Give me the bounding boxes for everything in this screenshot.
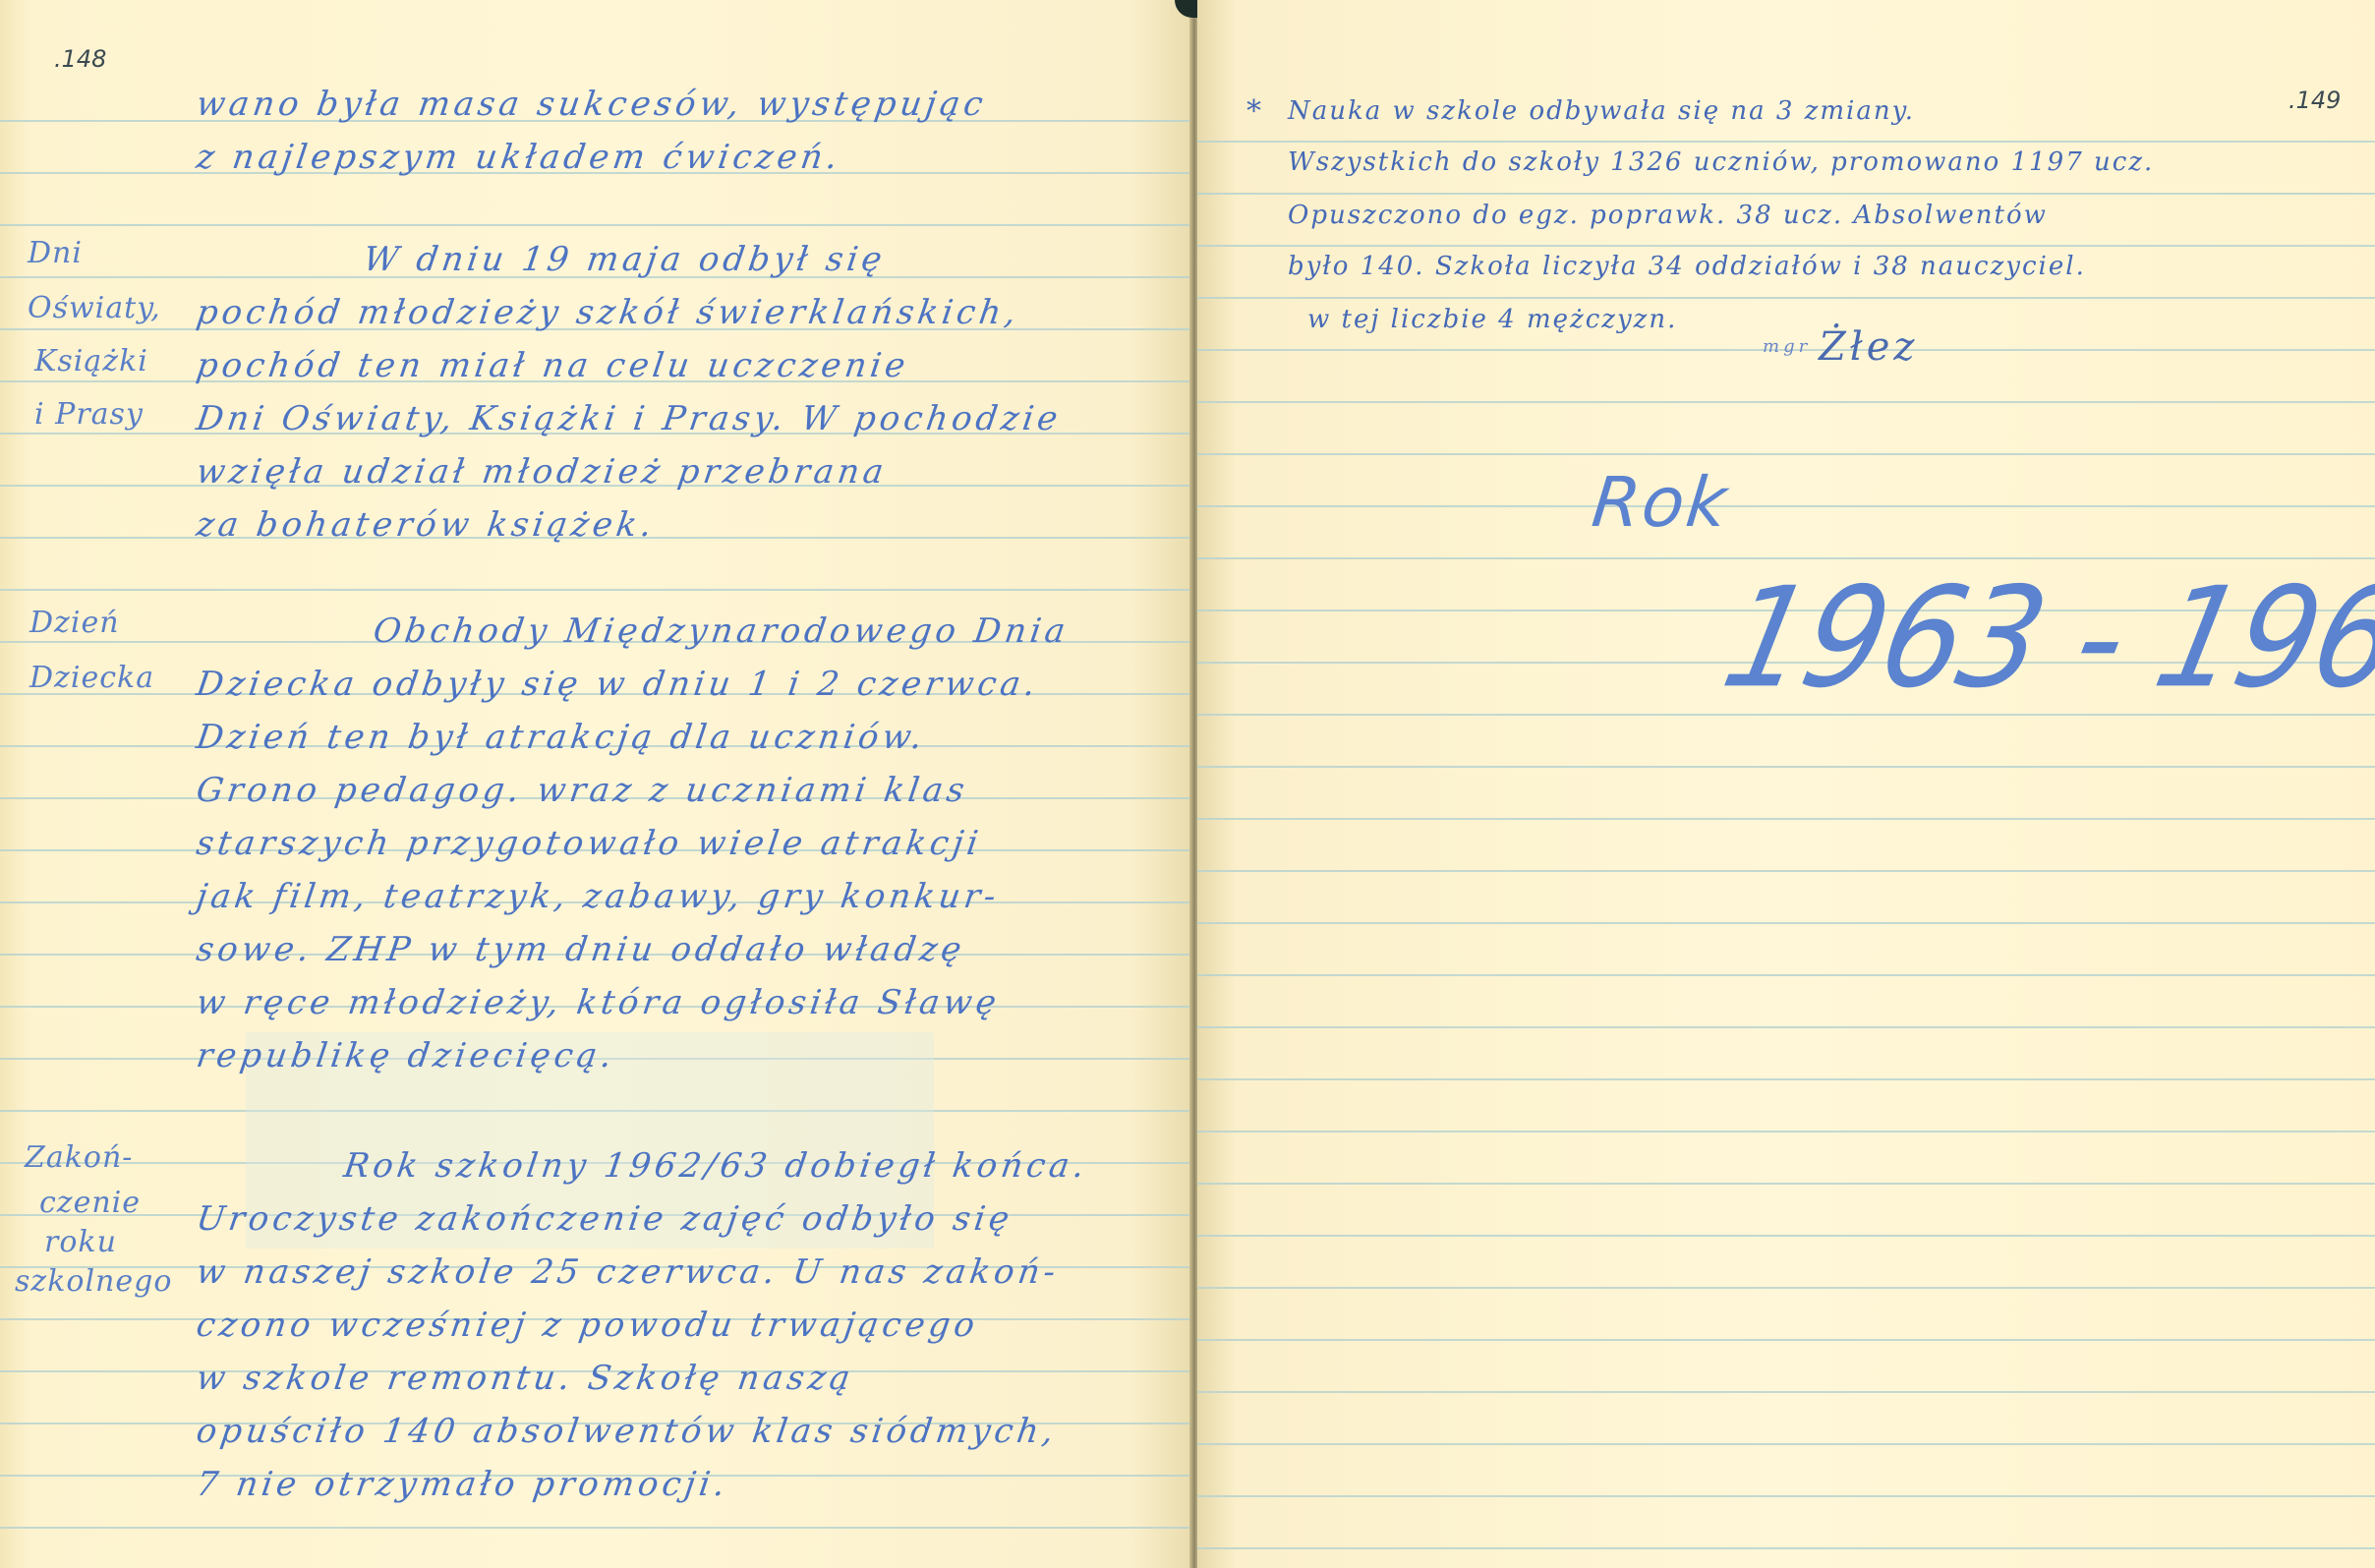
text-line: W dniu 19 maja odbył się: [361, 240, 888, 279]
ruled-line: [1197, 1131, 2375, 1132]
text-line: jak film, teatrzyk, zabawy, gry konkur-: [194, 877, 1002, 916]
ruled-line: [1197, 1026, 2375, 1028]
text-line: w szkole remontu. Szkołę naszą: [194, 1359, 856, 1398]
asterisk-marker: *: [1246, 94, 1261, 129]
ruled-line: [1197, 1443, 2375, 1445]
margin-label: Dziecka: [29, 661, 154, 695]
margin-label: Oświaty,: [28, 291, 161, 325]
note-line: Opuszczono do egz. poprawk. 38 ucz. Abso…: [1288, 201, 2048, 230]
margin-label: Dzień: [29, 606, 120, 640]
text-line: sowe. ZHP w tym dniu oddało władzę: [194, 930, 967, 969]
ruled-line: [1197, 297, 2375, 299]
text-line: za bohaterów książek.: [194, 505, 658, 545]
text-line: opuściło 140 absolwentów klas siódmych,: [194, 1412, 1060, 1451]
text-line: wano była masa sukcesów, występując: [194, 85, 989, 124]
ruled-line: [1197, 1391, 2375, 1393]
text-line: 7 nie otrzymało promocji.: [194, 1465, 731, 1504]
text-line: Rok szkolny 1962/63 dobiegł końca.: [341, 1146, 1090, 1186]
right-page: .149 * Nauka w szkole odbywała się na 3 …: [1197, 0, 2375, 1568]
ruled-line: [1197, 453, 2375, 455]
page-number: .148: [54, 45, 106, 73]
text-line: Grono pedagog. wraz z uczniami klas: [194, 771, 970, 810]
ruled-line: [1197, 141, 2375, 143]
ruled-line: [1197, 245, 2375, 247]
note-line: Nauka w szkole odbywała się na 3 zmiany.: [1288, 96, 1915, 126]
left-page: .148 wano była masa sukcesów, występując…: [0, 0, 1191, 1568]
ruled-line: [1197, 818, 2375, 820]
text-line: Dzień ten był atrakcją dla uczniów.: [194, 718, 928, 757]
text-line: czono wcześniej z powodu trwającego: [194, 1306, 981, 1345]
page-number: .149: [2288, 87, 2341, 114]
text-line: Uroczyste zakończenie zajęć odbyło się: [194, 1199, 1015, 1239]
text-line: pochód ten miał na celu uczczenie: [194, 346, 911, 385]
ruled-line: [1197, 1547, 2375, 1549]
margin-label: czenie: [39, 1186, 141, 1220]
margin-label: szkolnego: [15, 1264, 172, 1299]
text-line: wzięła udział młodzież przebrana: [194, 452, 890, 492]
text-line: pochód młodzieży szkół świerklańskich,: [194, 293, 1022, 332]
text-line: starszych przygotowało wiele atrakcji: [194, 824, 984, 863]
text-line: Dziecka odbyły się w dniu 1 i 2 czerwca.: [194, 665, 1041, 704]
text-line: w ręce młodzieży, która ogłosiła Sławę: [194, 983, 1003, 1022]
ruled-line: [1197, 1287, 2375, 1289]
margin-label: Książki: [34, 344, 148, 378]
ruled-line: [1197, 922, 2375, 924]
text-line: Dni Oświaty, Książki i Prasy. W pochodzi…: [194, 399, 1064, 438]
margin-label: i Prasy: [34, 397, 144, 432]
signature: Żłez: [1819, 324, 1919, 370]
ruled-line: [1197, 766, 2375, 768]
margin-label: roku: [44, 1225, 117, 1259]
ruled-line: [1197, 1183, 2375, 1185]
margin-label: Zakoń-: [25, 1140, 133, 1175]
ruled-line: [1197, 505, 2375, 507]
note-line: w tej liczbie 4 mężczyzn.: [1307, 305, 1677, 334]
school-year-heading: 1963 - 1964: [1711, 558, 2375, 720]
ruled-line: [0, 224, 1191, 226]
ruled-line: [1197, 870, 2375, 872]
signature-title: mgr: [1763, 336, 1811, 357]
text-line: republikę dziecięcą.: [194, 1036, 618, 1075]
text-line: z najlepszym układem ćwiczeń.: [194, 138, 843, 177]
note-line: było 140. Szkoła liczyła 34 oddziałów i …: [1288, 252, 2086, 281]
ruled-line: [1197, 1235, 2375, 1237]
ruled-line: [0, 589, 1191, 591]
text-line: Obchody Międzynarodowego Dnia: [371, 611, 1072, 651]
ruled-line: [1197, 1078, 2375, 1080]
year-heading-label: Rok: [1589, 462, 1733, 543]
ruled-line: [1197, 401, 2375, 403]
ruled-line: [1197, 1495, 2375, 1497]
ruled-line: [1197, 1339, 2375, 1341]
margin-label: Dni: [28, 236, 83, 270]
ruled-line: [1197, 193, 2375, 195]
text-line: w naszej szkole 25 czerwca. U nas zakoń-: [194, 1252, 1062, 1292]
ruled-line: [1197, 974, 2375, 976]
ruled-line: [0, 1527, 1191, 1529]
note-line: Wszystkich do szkoły 1326 uczniów, promo…: [1288, 147, 2154, 177]
